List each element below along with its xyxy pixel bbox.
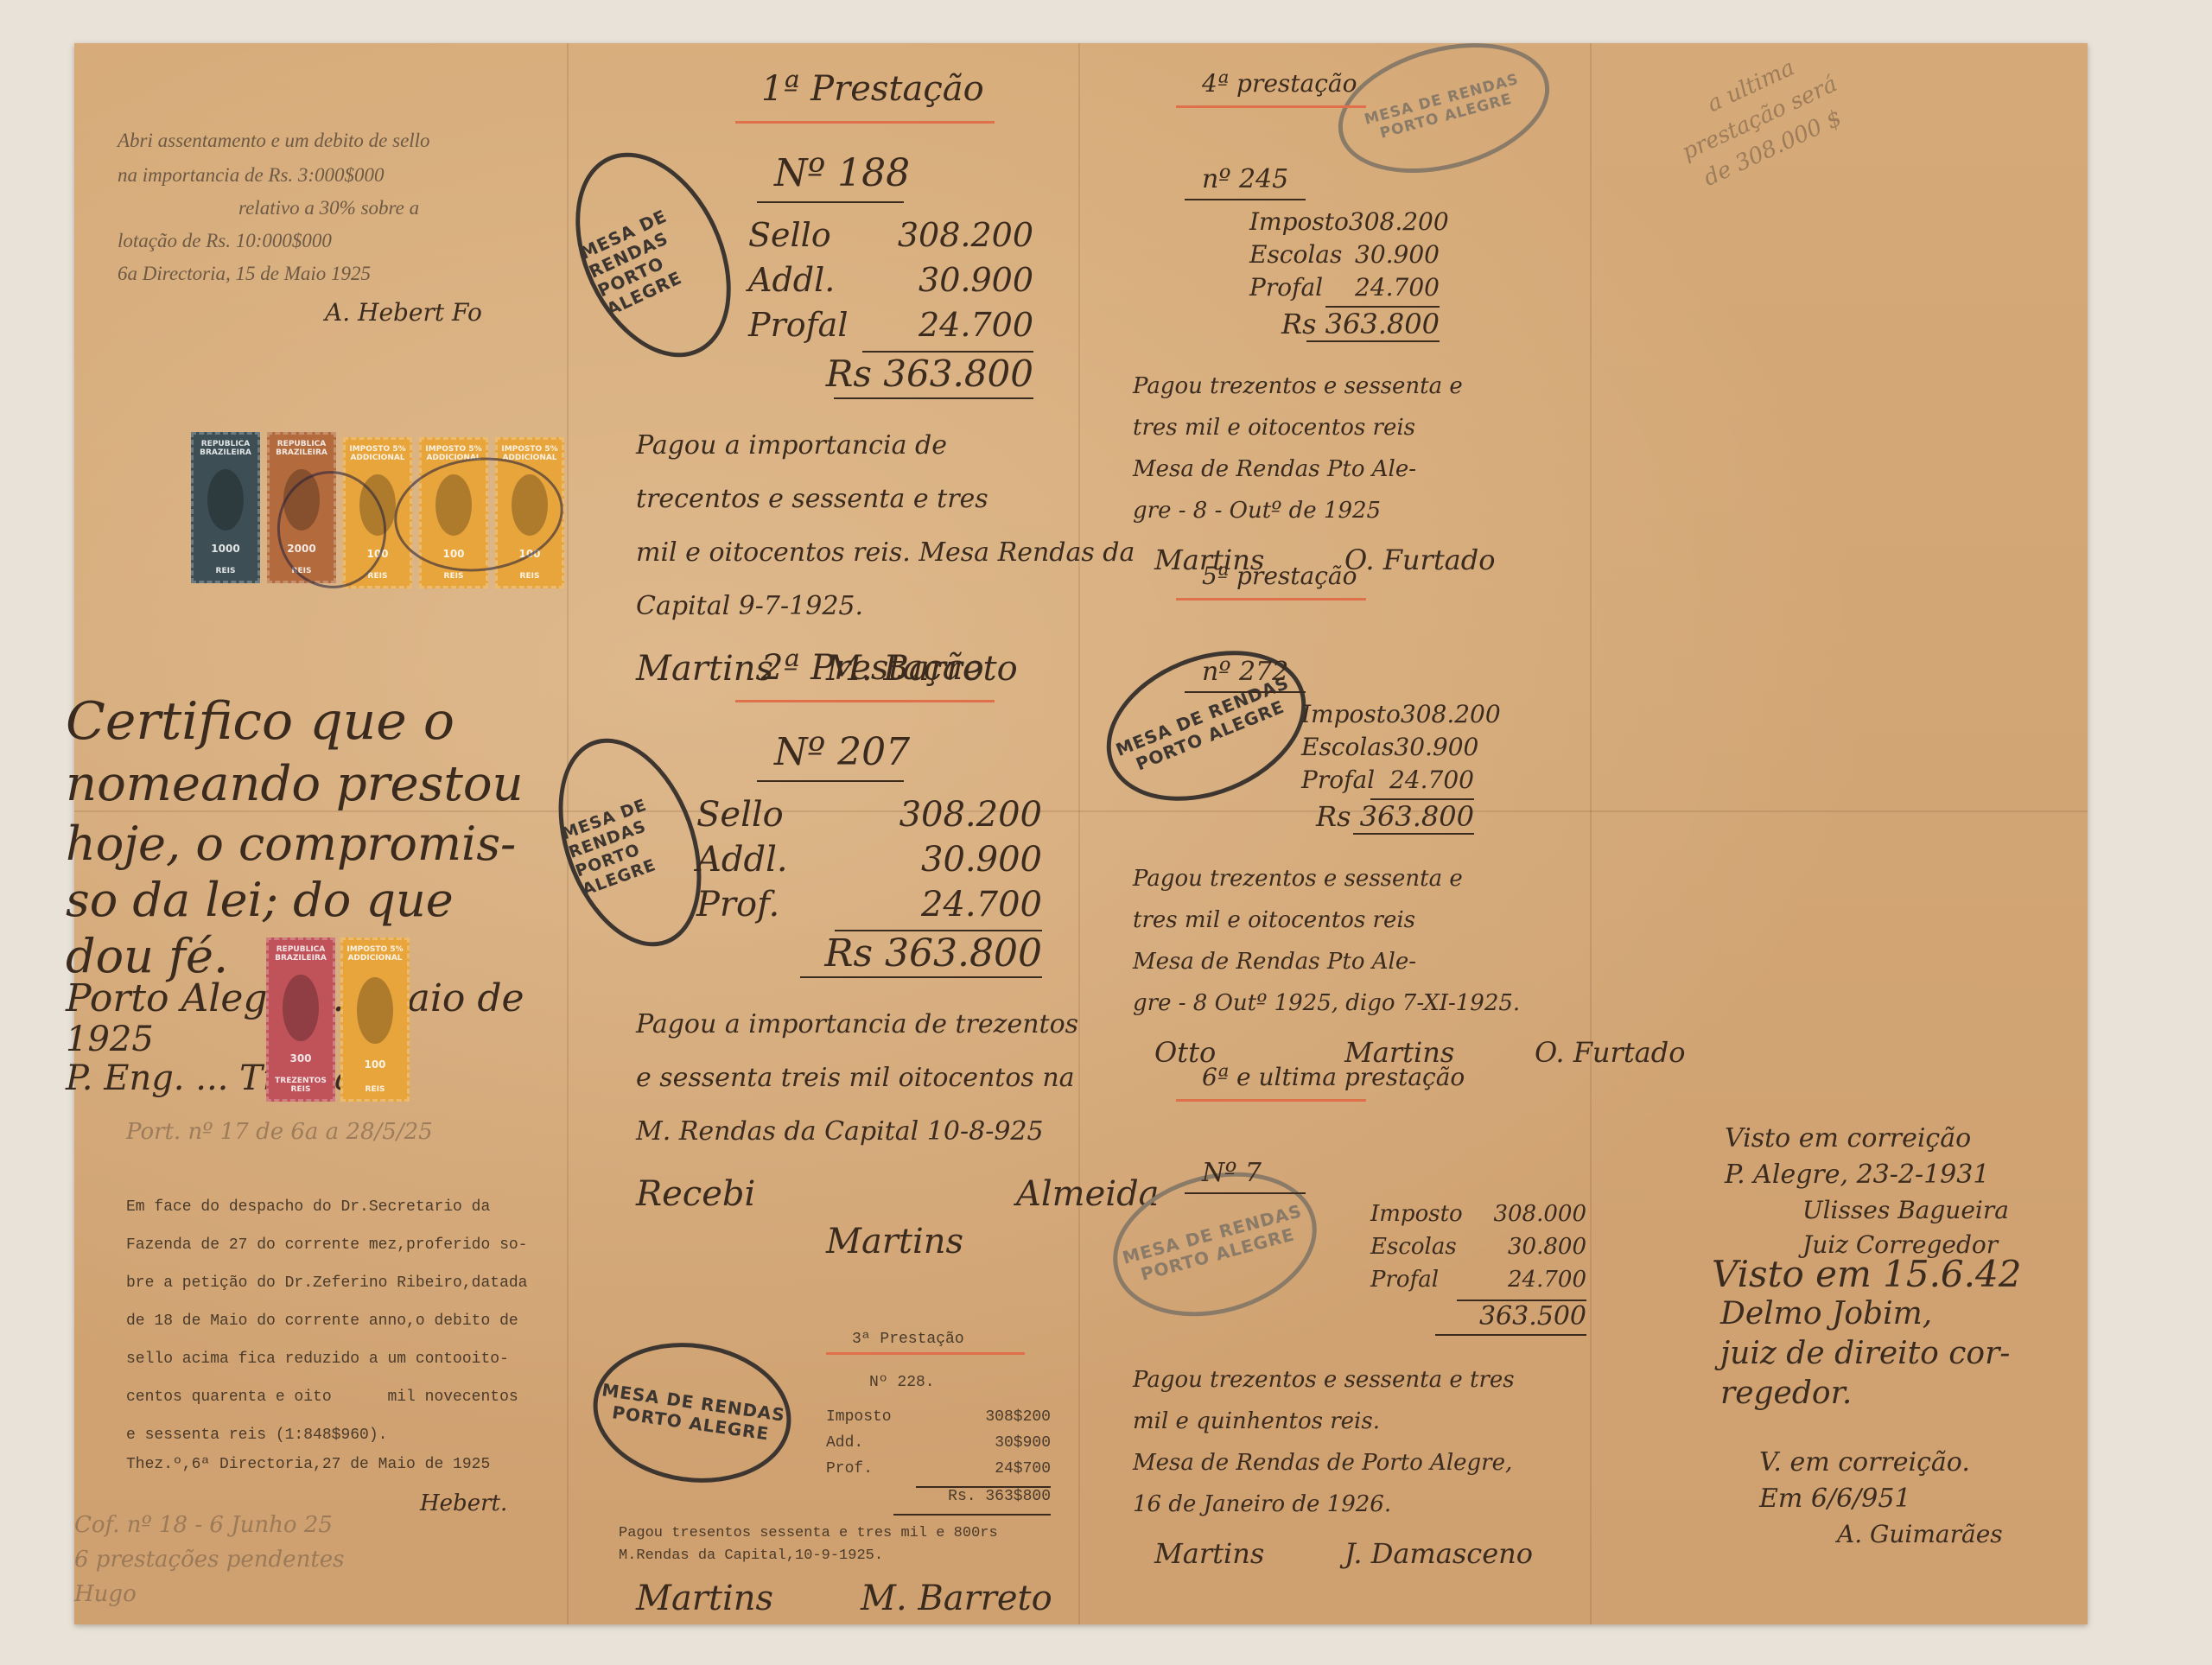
receipt-line: Mesa de Rendas de Porto Alegre, — [1133, 1450, 1512, 1476]
mesa-de-rendas-stamp: MESA DE RENDASPORTO ALEGRE — [545, 128, 762, 382]
amount-label: Prof. — [696, 885, 779, 930]
amount-label: Profal — [1370, 1267, 1439, 1300]
amount-total: Rs. 363$800 — [826, 1488, 1051, 1514]
amount-label: Addl. — [748, 261, 835, 306]
signature: J. Damasceno — [1344, 1537, 1533, 1570]
amount-row: Prof.24.700 — [696, 885, 1042, 930]
stamp-unit: REIS — [520, 572, 540, 581]
stamp-unit: REIS — [216, 567, 236, 575]
receipt-line: M.Rendas da Capital,10-9-1925. — [619, 1547, 883, 1564]
amount-row: Addl.30.900 — [748, 261, 1033, 306]
receipt-line: Pagou a importancia de trezentos — [636, 1009, 1078, 1039]
visto-line: V. em correição. — [1759, 1447, 1970, 1478]
receipt-line: mil e quinhentos reis. — [1133, 1408, 1380, 1434]
stamp-value: 100 — [364, 1058, 385, 1071]
amount-value: 24.700 — [1355, 273, 1440, 306]
amount-label: Addl. — [696, 840, 788, 885]
receipt-line: Mesa de Rendas Pto Ale- — [1133, 949, 1416, 975]
amount-table: Imposto308.200Escolas30.900Profal24.700R… — [1249, 207, 1440, 342]
signature: Martins — [636, 649, 773, 689]
amount-total: Rs 363.800 — [748, 353, 1033, 397]
despacho-closing: Thez.º,6ª Directoria,27 de Maio de 1925 — [126, 1456, 490, 1473]
signature: O. Furtado — [1535, 1036, 1686, 1069]
stamp-unit: TREZENTOS REIS — [270, 1077, 331, 1094]
certificate-line: so da lei; do que — [66, 873, 454, 927]
receipt-line: e sessenta treis mil oitocentos na — [636, 1063, 1075, 1093]
double-underline — [800, 976, 1042, 978]
amount-label: Imposto — [1370, 1201, 1463, 1234]
installment-title: 3ª Prestação — [852, 1331, 964, 1348]
portrait-icon — [283, 975, 319, 1041]
certificate-line: 1925 — [66, 1020, 154, 1059]
receipt-line: gre - 8 - Outº de 1925 — [1133, 498, 1381, 524]
installment-title: 6ª e ultima prestação — [1202, 1063, 1465, 1091]
note-line: Cof. nº 18 - 6 Junho 25 — [74, 1512, 333, 1538]
amount-table: Sello308.200Addl.30.900Prof.24.700Rs 363… — [696, 795, 1042, 978]
amount-value: 308.000 — [1493, 1201, 1586, 1234]
red-rule — [826, 1352, 1025, 1355]
red-rule — [1176, 105, 1366, 108]
receipt-line: Pagou trezentos e sessenta e — [1133, 373, 1463, 399]
header-line: relativo a 30% sobre a — [238, 197, 419, 219]
sum-line — [862, 351, 1033, 353]
installment-number: Nº 7 — [1202, 1158, 1262, 1188]
note-line: 6 prestações pendentes — [74, 1547, 345, 1573]
receipt-line: Capital 9-7-1925. — [636, 591, 863, 621]
installment-title: 4ª prestação — [1202, 69, 1357, 98]
revenue-stamp: IMPOSTO 5% ADDICIONAL100REIS — [340, 937, 410, 1102]
amount-value: 30.900 — [921, 840, 1042, 885]
amount-value: 30.900 — [918, 261, 1033, 306]
visto-line: Em 6/6/951 — [1759, 1484, 1911, 1514]
stamp-label: IMPOSTO 5% ADDICIONAL — [347, 445, 408, 462]
total-value: Rs. 363$800 — [948, 1488, 1051, 1514]
stamp-unit: REIS — [368, 572, 388, 581]
receipt-line: Pagou a importancia de — [636, 430, 947, 461]
footnote: Port. nº 17 de 6a a 28/5/25 — [126, 1119, 433, 1145]
sum-line — [916, 1486, 1051, 1488]
stamp-unit: REIS — [444, 572, 464, 581]
signature: juiz de direito cor- — [1720, 1336, 2010, 1371]
amount-row: Imposto308.200 — [1249, 207, 1440, 240]
number-underline — [1185, 199, 1306, 200]
number-underline — [757, 201, 904, 203]
double-underline — [834, 397, 1033, 399]
certificate-line: nomeando prestou — [66, 756, 524, 812]
amount-row: Escolas30.800 — [1370, 1234, 1586, 1267]
double-underline — [1353, 833, 1474, 835]
certificate-line: dou fé. — [66, 929, 228, 983]
amount-label: Imposto — [1301, 700, 1401, 733]
amount-label: Sello — [696, 795, 784, 840]
amount-total: Rs 363.800 — [1301, 800, 1474, 833]
number-underline — [757, 780, 904, 782]
sum-line — [1325, 306, 1440, 308]
total-value: Rs 363.800 — [1281, 308, 1440, 340]
stamp-unit: REIS — [365, 1085, 385, 1094]
stamp-label: REPUBLICA BRAZILEIRA — [195, 440, 256, 457]
signature: A. Hebert Fo — [325, 298, 482, 327]
amount-value: 30.900 — [1355, 240, 1440, 273]
installment-title: 2ª Prestação — [761, 648, 984, 688]
certificate-line: Certifico que o — [66, 691, 454, 752]
amount-value: 30$900 — [995, 1434, 1051, 1460]
receipt-line: mil e oitocentos reis. Mesa Rendas da — [636, 537, 1135, 568]
amount-row: Add.30$900 — [826, 1434, 1051, 1460]
receipt-line: M. Rendas da Capital 10-8-925 — [636, 1116, 1044, 1147]
amount-row: Sello308.200 — [748, 216, 1033, 261]
signature: A. Guimarães — [1837, 1520, 2003, 1548]
portrait-icon — [357, 977, 393, 1044]
amount-total: Rs 363.800 — [696, 931, 1042, 976]
amount-total: 363.500 — [1370, 1301, 1586, 1334]
signature: Recebi — [636, 1174, 755, 1214]
amount-value: 24.700 — [1389, 766, 1474, 798]
header-line: Abri assentamento e um debito de sello — [118, 130, 430, 152]
amount-value: 308.200 — [899, 795, 1042, 840]
red-rule — [1176, 1099, 1366, 1102]
receipt-line: tres mil e oitocentos reis — [1133, 907, 1415, 933]
amount-row: Escolas30.900 — [1249, 240, 1440, 273]
certificate-line: hoje, o compromis- — [66, 817, 516, 871]
signature: M. Barreto — [861, 1579, 1052, 1618]
signature: O. Furtado — [1344, 543, 1496, 576]
installment-number: Nº 228. — [869, 1374, 935, 1391]
receipt-line: Pagou tresentos sessenta e tres mil e 80… — [619, 1525, 998, 1541]
header-line: 6a Directoria, 15 de Maio 1925 — [118, 263, 371, 285]
visto-line: Visto em 15.6.42 — [1712, 1253, 2021, 1295]
fold-line — [1078, 43, 1080, 1624]
sum-line — [1457, 1300, 1586, 1301]
amount-value: 308$200 — [985, 1408, 1051, 1434]
red-rule — [735, 121, 995, 124]
receipt-line: tres mil e oitocentos reis — [1133, 415, 1415, 441]
amount-value: 308.200 — [1401, 700, 1501, 733]
amount-table: Imposto308.000Escolas30.800Profal24.7003… — [1370, 1201, 1586, 1336]
amount-label: Profal — [1249, 273, 1323, 306]
receipt-line: Pagou trezentos e sessenta e — [1133, 866, 1463, 892]
sum-line — [1370, 798, 1474, 800]
total-value: Rs 363.800 — [1316, 800, 1474, 833]
amount-label: Prof. — [826, 1460, 873, 1486]
amount-value: 30.800 — [1508, 1234, 1586, 1267]
installment-number: nº 245 — [1202, 164, 1288, 194]
signature: Ulisses Bagueira — [1802, 1196, 2009, 1224]
signature: regedor. — [1720, 1376, 1852, 1411]
amount-row: Prof.24$700 — [826, 1460, 1051, 1486]
signature: Martins — [826, 1222, 963, 1261]
amount-value: 24.700 — [921, 885, 1042, 930]
amount-total: Rs 363.800 — [1249, 308, 1440, 340]
receipt-line: Mesa de Rendas Pto Ale- — [1133, 456, 1416, 482]
visto-line: P. Alegre, 23-2-1931 — [1725, 1160, 1989, 1190]
amount-value: 30.900 — [1394, 733, 1478, 766]
amount-table: Imposto308$200Add.30$900Prof.24$700Rs. 3… — [826, 1408, 1051, 1516]
double-underline — [893, 1514, 1051, 1516]
amount-value: 24.700 — [918, 306, 1033, 351]
stamp-value: 1000 — [211, 543, 239, 555]
installment-title: 5ª prestação — [1202, 562, 1357, 590]
double-underline — [1435, 1334, 1586, 1336]
amount-row: Imposto308.000 — [1370, 1201, 1586, 1234]
visto-line: Visto em correição — [1725, 1123, 1971, 1153]
amount-label: Profal — [1301, 766, 1375, 798]
revenue-stamp: REPUBLICA BRAZILEIRA1000REIS — [191, 432, 260, 583]
amount-value: 24$700 — [995, 1460, 1051, 1486]
receipt-line: trecentos e sessenta e tres — [636, 484, 988, 514]
installment-number: Nº 207 — [774, 730, 910, 774]
number-underline — [1185, 691, 1306, 693]
receipt-line: Pagou trezentos e sessenta e tres — [1133, 1367, 1515, 1393]
amount-row: Profal24.700 — [1249, 273, 1440, 306]
portrait-icon — [207, 469, 244, 531]
installment-number: Nº 188 — [774, 151, 910, 195]
installment-title: 1ª Prestação — [761, 69, 984, 109]
amount-label: Add. — [826, 1434, 863, 1460]
signature: Hebert. — [420, 1490, 507, 1516]
signature: Delmo Jobim, — [1720, 1296, 1932, 1331]
note-line: Hugo — [74, 1581, 137, 1607]
amount-row: Profal24.700 — [1370, 1267, 1586, 1300]
total-value: 363.500 — [1479, 1301, 1586, 1334]
stamp-label: IMPOSTO 5% ADDICIONAL — [345, 945, 405, 963]
total-value: Rs 363.800 — [826, 353, 1033, 397]
amount-row: Imposto308$200 — [826, 1408, 1051, 1434]
red-rule — [1176, 598, 1366, 601]
amount-row: Escolas30.900 — [1301, 733, 1474, 766]
amount-table: Sello308.200Addl.30.900Profal24.700Rs 36… — [748, 216, 1033, 399]
fold-line — [1590, 43, 1592, 1624]
installment-number: nº 272 — [1202, 657, 1288, 687]
amount-value: 308.200 — [1349, 207, 1449, 240]
amount-row: Imposto308.200 — [1301, 700, 1474, 733]
header-line: na importancia de Rs. 3:000$000 — [118, 164, 385, 187]
total-value: Rs 363.800 — [824, 931, 1042, 976]
amount-label: Profal — [748, 306, 848, 351]
amount-label: Imposto — [826, 1408, 892, 1434]
amount-row: Addl.30.900 — [696, 840, 1042, 885]
header-line: lotação de Rs. 10:000$000 — [118, 230, 332, 252]
sum-line — [835, 930, 1042, 931]
mesa-de-rendas-stamp: MESA DE RENDASPORTO ALEGRE — [1324, 22, 1564, 194]
mesa-de-rendas-stamp: MESA DE RENDASPORTO ALEGRE — [584, 1331, 800, 1495]
amount-table: Imposto308.200Escolas30.900Profal24.700R… — [1301, 700, 1474, 835]
number-underline — [1185, 1192, 1306, 1194]
mesa-de-rendas-stamp: MESA DE RENDASPORTO ALEGRE — [1084, 623, 1328, 829]
document-sheet: Abri assentamento e um debito de sello n… — [74, 43, 2088, 1624]
amount-label: Escolas — [1370, 1234, 1457, 1267]
receipt-line: gre - 8 Outº 1925, digo 7-XI-1925. — [1133, 990, 1520, 1016]
amount-label: Escolas — [1301, 733, 1394, 766]
revenue-stamps-bottom: REPUBLICA BRAZILEIRA300TREZENTOS REISIMP… — [266, 937, 422, 1110]
amount-label: Sello — [748, 216, 831, 261]
despacho-text: Em face do despacho do Dr.Secretario da … — [126, 1188, 527, 1454]
signature: Martins — [636, 1579, 773, 1618]
amount-value: 308.200 — [898, 216, 1033, 261]
amount-label: Escolas — [1249, 240, 1342, 273]
stamp-value: 300 — [289, 1052, 311, 1064]
amount-value: 24.700 — [1508, 1267, 1586, 1300]
amount-row: Sello308.200 — [696, 795, 1042, 840]
red-rule — [735, 700, 995, 702]
amount-label: Imposto — [1249, 207, 1349, 240]
stamp-label: REPUBLICA BRAZILEIRA — [271, 440, 332, 457]
signature: Martins — [1154, 1537, 1264, 1570]
amount-row: Profal24.700 — [1301, 766, 1474, 798]
double-underline — [1306, 340, 1440, 342]
receipt-line: 16 de Janeiro de 1926. — [1133, 1491, 1391, 1517]
revenue-stamp: REPUBLICA BRAZILEIRA300TREZENTOS REIS — [266, 937, 335, 1102]
stamp-label: REPUBLICA BRAZILEIRA — [270, 945, 331, 963]
amount-row: Profal24.700 — [748, 306, 1033, 351]
